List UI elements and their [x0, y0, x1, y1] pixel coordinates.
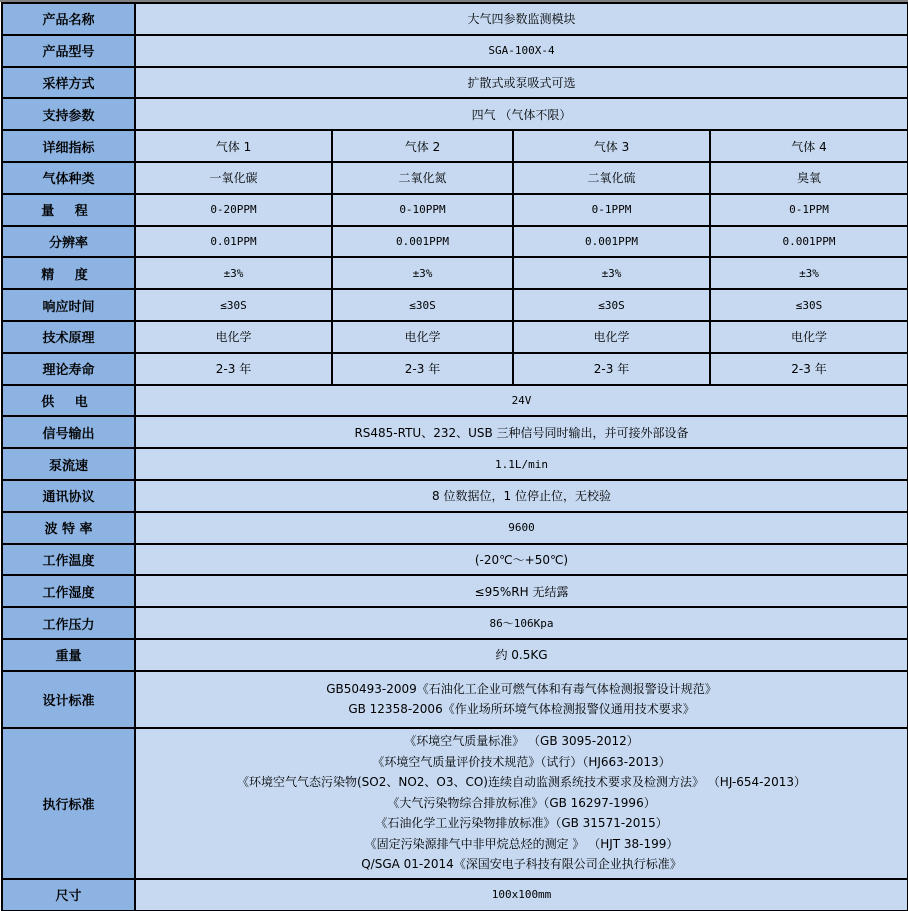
accuracy-1: ±3% [135, 257, 332, 289]
accuracy-4: ±3% [710, 257, 908, 289]
resolution-3: 0.001PPM [513, 226, 710, 258]
label-resolution: 分辨率 [2, 226, 135, 258]
value-operating-temperature: (-20℃～+50℃) [135, 544, 908, 576]
value-comm-protocol: 8 位数据位，1 位停止位，无校验 [135, 480, 908, 512]
row-accuracy: 精 度 ±3% ±3% ±3% ±3% [2, 257, 908, 289]
execution-standard-line: 《环境空气质量评价技术规范》（试行）（HJ663-2013） [140, 752, 903, 773]
row-gas-type: 气体种类 一氧化碳 二氧化氮 二氧化硫 臭氧 [2, 162, 908, 194]
label-detailed-spec: 详细指标 [2, 130, 135, 162]
label-execution-standard: 执行标准 [2, 728, 135, 879]
label-product-name: 产品名称 [2, 3, 135, 35]
value-sampling-method: 扩散式或泵吸式可选 [135, 67, 908, 99]
label-operating-humidity: 工作湿度 [2, 575, 135, 607]
row-resolution: 分辨率 0.01PPM 0.001PPM 0.001PPM 0.001PPM [2, 226, 908, 258]
lifespan-1: 2-3 年 [135, 353, 332, 385]
value-supported-params: 四气 （气体不限） [135, 98, 908, 130]
value-operating-humidity: ≤95%RH 无结露 [135, 575, 908, 607]
row-operating-pressure: 工作压力 86～106Kpa [2, 607, 908, 639]
accuracy-3: ±3% [513, 257, 710, 289]
row-response-time: 响应时间 ≤30S ≤30S ≤30S ≤30S [2, 289, 908, 321]
execution-standard-line: 《环境空气气态污染物(SO2、NO2、O3、CO)连续自动监测系统技术要求及检测… [140, 772, 903, 793]
row-design-standard: 设计标准 GB50493-2009《石油化工企业可燃气体和有毒气体检测报警设计规… [2, 671, 908, 728]
row-technology: 技术原理 电化学 电化学 电化学 电化学 [2, 321, 908, 353]
row-power-supply: 供 电 24V [2, 385, 908, 417]
execution-standard-line: Q/SGA 01-2014《深国安电子科技有限公司企业执行标准》 [140, 854, 903, 875]
gas-header-4: 气体 4 [710, 130, 908, 162]
label-supported-params: 支持参数 [2, 98, 135, 130]
label-lifespan: 理论寿命 [2, 353, 135, 385]
range-1: 0-20PPM [135, 194, 332, 226]
range-4: 0-1PPM [710, 194, 908, 226]
label-comm-protocol: 通讯协议 [2, 480, 135, 512]
technology-3: 电化学 [513, 321, 710, 353]
gas-header-2: 气体 2 [332, 130, 513, 162]
execution-standard-line: 《环境空气质量标准》 （GB 3095-2012） [140, 731, 903, 752]
label-baud-rate: 波 特 率 [2, 512, 135, 544]
value-design-standard: GB50493-2009《石油化工企业可燃气体和有毒气体检测报警设计规范》 GB… [135, 671, 908, 728]
gas-type-1: 一氧化碳 [135, 162, 332, 194]
response-time-3: ≤30S [513, 289, 710, 321]
row-size: 尺寸 100x100mm [2, 879, 908, 911]
lifespan-4: 2-3 年 [710, 353, 908, 385]
label-technology: 技术原理 [2, 321, 135, 353]
value-power-supply: 24V [135, 385, 908, 417]
lifespan-2: 2-3 年 [332, 353, 513, 385]
range-2: 0-10PPM [332, 194, 513, 226]
execution-standard-line: 《石油化学工业污染物排放标准》（GB 31571-2015） [140, 813, 903, 834]
resolution-2: 0.001PPM [332, 226, 513, 258]
label-size: 尺寸 [2, 879, 135, 911]
response-time-1: ≤30S [135, 289, 332, 321]
technology-2: 电化学 [332, 321, 513, 353]
design-standard-line: GB50493-2009《石油化工企业可燃气体和有毒气体检测报警设计规范》 [140, 679, 903, 700]
row-operating-temperature: 工作温度 (-20℃～+50℃) [2, 544, 908, 576]
row-range: 量 程 0-20PPM 0-10PPM 0-1PPM 0-1PPM [2, 194, 908, 226]
gas-header-3: 气体 3 [513, 130, 710, 162]
response-time-4: ≤30S [710, 289, 908, 321]
resolution-4: 0.001PPM [710, 226, 908, 258]
row-comm-protocol: 通讯协议 8 位数据位，1 位停止位，无校验 [2, 480, 908, 512]
label-accuracy: 精 度 [2, 257, 135, 289]
technology-4: 电化学 [710, 321, 908, 353]
row-gas-headers: 详细指标 气体 1 气体 2 气体 3 气体 4 [2, 130, 908, 162]
row-execution-standard: 执行标准 《环境空气质量标准》 （GB 3095-2012） 《环境空气质量评价… [2, 728, 908, 879]
label-sampling-method: 采样方式 [2, 67, 135, 99]
lifespan-3: 2-3 年 [513, 353, 710, 385]
gas-header-1: 气体 1 [135, 130, 332, 162]
row-pump-flow: 泵流速 1.1L/min [2, 448, 908, 480]
product-spec-table: 产品名称 大气四参数监测模块 产品型号 SGA-100X-4 采样方式 扩散式或… [1, 2, 908, 911]
row-sampling-method: 采样方式 扩散式或泵吸式可选 [2, 67, 908, 99]
technology-1: 电化学 [135, 321, 332, 353]
row-product-model: 产品型号 SGA-100X-4 [2, 35, 908, 67]
design-standard-line: GB 12358-2006《作业场所环境气体检测报警仪通用技术要求》 [140, 699, 903, 720]
gas-type-4: 臭氧 [710, 162, 908, 194]
value-execution-standard: 《环境空气质量标准》 （GB 3095-2012） 《环境空气质量评价技术规范》… [135, 728, 908, 879]
value-product-name: 大气四参数监测模块 [135, 3, 908, 35]
value-operating-pressure: 86～106Kpa [135, 607, 908, 639]
value-signal-output: RS485-RTU、232、USB 三种信号同时输出，并可接外部设备 [135, 416, 908, 448]
value-product-model: SGA-100X-4 [135, 35, 908, 67]
label-response-time: 响应时间 [2, 289, 135, 321]
gas-type-2: 二氧化氮 [332, 162, 513, 194]
execution-standard-line: 《大气污染物综合排放标准》（GB 16297-1996） [140, 793, 903, 814]
row-operating-humidity: 工作湿度 ≤95%RH 无结露 [2, 575, 908, 607]
resolution-1: 0.01PPM [135, 226, 332, 258]
response-time-2: ≤30S [332, 289, 513, 321]
value-pump-flow: 1.1L/min [135, 448, 908, 480]
row-weight: 重量 约 0.5KG [2, 639, 908, 671]
label-power-supply: 供 电 [2, 385, 135, 417]
label-weight: 重量 [2, 639, 135, 671]
label-range: 量 程 [2, 194, 135, 226]
row-signal-output: 信号输出 RS485-RTU、232、USB 三种信号同时输出，并可接外部设备 [2, 416, 908, 448]
label-gas-type: 气体种类 [2, 162, 135, 194]
value-baud-rate: 9600 [135, 512, 908, 544]
accuracy-2: ±3% [332, 257, 513, 289]
value-size: 100x100mm [135, 879, 908, 911]
row-product-name: 产品名称 大气四参数监测模块 [2, 3, 908, 35]
execution-standard-line: 《固定污染源排气中非甲烷总烃的测定 》 （HJT 38-199） [140, 834, 903, 855]
gas-type-3: 二氧化硫 [513, 162, 710, 194]
row-supported-params: 支持参数 四气 （气体不限） [2, 98, 908, 130]
label-signal-output: 信号输出 [2, 416, 135, 448]
row-baud-rate: 波 特 率 9600 [2, 512, 908, 544]
label-operating-pressure: 工作压力 [2, 607, 135, 639]
range-3: 0-1PPM [513, 194, 710, 226]
label-product-model: 产品型号 [2, 35, 135, 67]
label-operating-temperature: 工作温度 [2, 544, 135, 576]
value-weight: 约 0.5KG [135, 639, 908, 671]
label-design-standard: 设计标准 [2, 671, 135, 728]
label-pump-flow: 泵流速 [2, 448, 135, 480]
row-lifespan: 理论寿命 2-3 年 2-3 年 2-3 年 2-3 年 [2, 353, 908, 385]
